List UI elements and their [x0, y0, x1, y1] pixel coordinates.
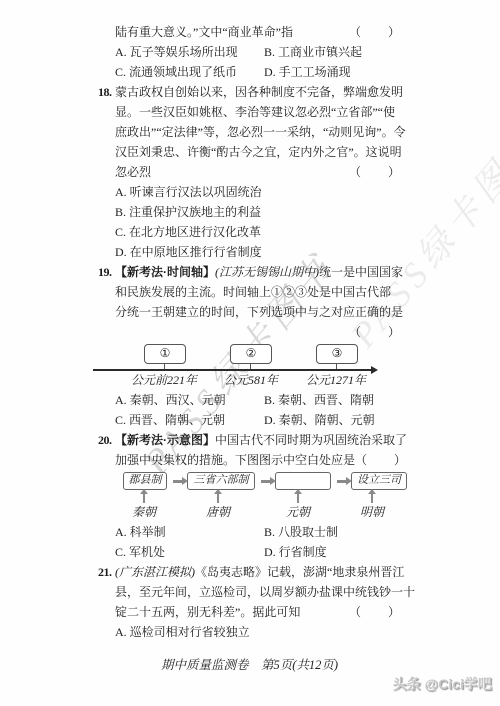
- answer-paren: （ ）: [349, 162, 401, 182]
- question-19-option-c: C. 西晋、隋朝、元朝: [115, 410, 264, 430]
- question-17-option-b: B. 工商业市镇兴起: [264, 42, 362, 62]
- question-20: 20. 【新考法·示意图】中国古代不同时期为巩固统治采取了 加强中央集权的措施。…: [98, 430, 401, 562]
- question-20-stem-line: 中国古代不同时期为巩固统治采取了: [215, 433, 407, 447]
- answer-paren: （ ）: [349, 602, 401, 622]
- question-18-number: 18.: [98, 82, 115, 262]
- question-18-stem-line: 显。一些汉臣如姚枢、李治等建议忽必烈“立省部”“使: [115, 102, 401, 122]
- exam-page: PASS绿卡图书 PASS绿卡图书 陆有重大意义。”文中“商业革命”指 （ ） …: [0, 0, 500, 706]
- timeline-marker-box: ③: [316, 344, 358, 364]
- timeline-marker-2: ②: [246, 346, 257, 360]
- timeline-diagram: ① ② ③ 公元前221年 公元581年 公元1271年: [93, 344, 393, 390]
- question-18: 18. 蒙古政权自创始以来，因各种制度不完备，弊端愈发明 显。一些汉臣如姚枢、李…: [98, 82, 401, 262]
- question-19-option-d: D. 秦朝、隋朝、元朝: [264, 410, 375, 430]
- question-18-stem-line: 蒙古政权自创始以来，因各种制度不完备，弊端愈发明: [115, 82, 401, 102]
- right-arrow-icon: [167, 480, 187, 483]
- answer-paren: （ ）: [349, 325, 401, 339]
- question-21-stem-line: 《岛夷志略》记载，澎湖“地隶泉州晋江: [195, 565, 404, 579]
- question-19-stem-line: 和民族发展的主流。时间轴上①②③处是中国古代部: [115, 282, 401, 302]
- new-method-tag: 【新考法·时间轴】: [115, 265, 215, 279]
- question-21-stem-line: 县，至元年间，立巡检司，以周岁额办盐课中统钱钞一十: [115, 582, 401, 602]
- question-21-stem-line: 锭二十五两，别无科差”。据此可知: [115, 602, 300, 622]
- right-arrow-icon: [255, 480, 275, 483]
- dynasty-label: 明朝: [360, 503, 384, 520]
- question-18-option-d: D. 在中原地区推行行省制度: [115, 242, 401, 262]
- flow-box-shelisansi: 设立三司: [351, 472, 407, 490]
- timeline-marker-box: ②: [230, 344, 272, 364]
- question-20-option-d: D. 行省制度: [264, 542, 327, 562]
- flowchart-diagram: 郡县制 三省六部制 设立三司 秦朝 唐朝 元朝 明朝: [123, 472, 401, 522]
- page-footer: 期中质量监测卷 第5页(共12页): [98, 655, 401, 673]
- flow-box-blank: [275, 472, 331, 490]
- question-20-stem-line: 加强中央集权的措施。下图图示中空白处应是: [115, 450, 355, 470]
- question-18-stem-line: 汉臣刘秉忠、许衡“酌古今之宜，定内外之官”。这说明: [115, 142, 401, 162]
- timeline-marker-3: ③: [332, 346, 343, 360]
- right-arrow-icon: [331, 480, 351, 483]
- question-17-stem: 陆有重大意义。”文中“商业革命”指: [115, 22, 293, 42]
- timeline-label: 公元581年: [224, 371, 278, 388]
- timeline-label: 公元前221年: [131, 371, 197, 388]
- up-arrow-icon: [143, 494, 145, 503]
- question-19-option-b: B. 秦朝、西晋、隋朝: [264, 390, 374, 410]
- timeline-marker-1: ①: [160, 346, 171, 360]
- question-18-stem-line: 庶政出”“定法律”等，忽必烈一一采纳，“动则见询”。令: [115, 122, 401, 142]
- question-17-option-a: A. 瓦子等娱乐场所出现: [115, 42, 264, 62]
- question-18-stem-line: 忽必烈: [115, 162, 151, 182]
- byline-watermark: 头条 @Cici学吧: [393, 674, 492, 694]
- question-21-source: (广东湛江模拟): [115, 565, 195, 579]
- question-19-stem-line: 分统一王朝建立的时间，下列选项中与之对应正确的是: [115, 302, 401, 322]
- question-20-option-c: C. 军机处: [115, 542, 264, 562]
- question-17-partial: 陆有重大意义。”文中“商业革命”指 （ ） A. 瓦子等娱乐场所出现 B. 工商…: [98, 22, 401, 82]
- question-21-number: 21.: [98, 562, 115, 642]
- question-20-option-b: B. 八股取士制: [264, 522, 338, 542]
- question-17-option-d: D. 手工工场涌现: [264, 62, 351, 82]
- up-arrow-icon: [297, 494, 299, 503]
- question-19-option-a: A. 秦朝、西汉、元朝: [115, 390, 264, 410]
- question-21: 21. (广东湛江模拟)《岛夷志略》记载，澎湖“地隶泉州晋江 县，至元年间，立巡…: [98, 562, 401, 642]
- question-19-stem-line: 统一是中国国家: [319, 265, 403, 279]
- up-arrow-icon: [371, 494, 373, 503]
- question-19-source: (江苏无锡锡山期中): [215, 265, 319, 279]
- dynasty-label: 唐朝: [206, 503, 230, 520]
- question-17-option-c: C. 流通领域出现了纸币: [115, 62, 264, 82]
- up-arrow-icon: [217, 494, 219, 503]
- dynasty-label: 秦朝: [132, 503, 156, 520]
- question-20-option-a: A. 科举制: [115, 522, 264, 542]
- timeline-label: 公元1271年: [306, 371, 366, 388]
- flow-box-sanshengliubu: 三省六部制: [187, 472, 255, 490]
- question-number-empty: [98, 22, 115, 82]
- question-18-option-b: B. 注重保护汉族地主的利益: [115, 202, 401, 222]
- new-method-tag: 【新考法·示意图】: [115, 433, 215, 447]
- timeline-marker-box: ①: [144, 344, 186, 364]
- question-18-option-c: C. 在北方地区进行汉化改革: [115, 222, 401, 242]
- answer-paren: （ ）: [349, 22, 401, 42]
- exam-content-column: 陆有重大意义。”文中“商业革命”指 （ ） A. 瓦子等娱乐场所出现 B. 工商…: [98, 22, 401, 642]
- question-20-number: 20.: [98, 430, 115, 562]
- dynasty-label: 元朝: [286, 503, 310, 520]
- question-18-option-a: A. 听谏言行汉法以巩固统治: [115, 182, 401, 202]
- flow-box-junxianzhi: 郡县制: [123, 472, 167, 490]
- answer-paren: （ ）: [355, 450, 407, 470]
- question-21-option-a: A. 巡检司相对行省较独立: [115, 622, 401, 642]
- question-19: 19. 【新考法·时间轴】(江苏无锡锡山期中)统一是中国国家 和民族发展的主流。…: [98, 262, 401, 430]
